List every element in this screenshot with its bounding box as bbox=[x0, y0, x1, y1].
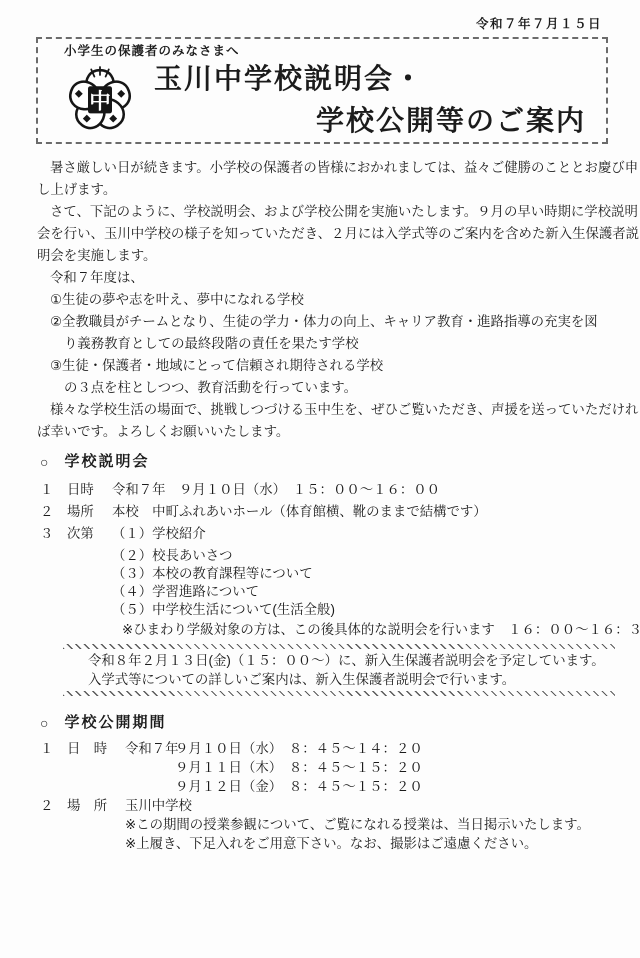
program-item: （４）学習進路について bbox=[37, 581, 603, 599]
open-day: ９月１２日（金） ８：４５～１５：２０ bbox=[175, 779, 423, 794]
row-datetime: １ 日 時 令和７年９月１０日（水） ８：４５～１４：２０ bbox=[37, 738, 603, 757]
section-heading-label: 学校説明会 bbox=[64, 451, 149, 473]
intro-line: し上げます。 bbox=[37, 179, 603, 201]
row-value: 本校 中町ふれあいホール（体育館横、靴のままで結構です） bbox=[112, 501, 487, 523]
row-program: ３ 次第 （１）学校紹介 bbox=[37, 523, 603, 545]
intro-list-item-continued: の３点を柱としつつ、教育活動を行っています。 bbox=[37, 377, 603, 399]
title-box: 小学生の保護者のみなさまへ 中 bbox=[36, 37, 608, 144]
notice-line: 令和８年２月１３日(金)（１５：００～）に、新入生保護者説明会を予定しています。 bbox=[88, 651, 615, 670]
open-day: ９月１０日（水） ８：４５～１４：２０ bbox=[175, 741, 423, 756]
intro-line: さて、下記のように、学校説明会、および学校公開を実施いたします。９月の早い時期に… bbox=[37, 201, 603, 223]
notice-line: 入学式等についての詳しいご案内は、新入生保護者説明会で行います。 bbox=[88, 670, 615, 689]
row-datetime: １ 日時 令和７年 ９月１０日（水） １５：００～１６：００ bbox=[37, 479, 603, 501]
row-datetime-continued: ９月１１日（木） ８：４５～１５：２０ bbox=[37, 757, 603, 776]
row-number: １ bbox=[40, 479, 67, 501]
section2-rows: １ 日 時 令和７年９月１０日（水） ８：４５～１４：２０ ９月１１日（木） ８… bbox=[37, 738, 603, 852]
intro-list-item: ③生徒・保護者・地域にとって信頼され期待される学校 bbox=[37, 355, 603, 377]
row-number: １ bbox=[40, 738, 67, 757]
intro-list-item-continued: り義務教育としての最終段階の責任を果たす学校 bbox=[37, 333, 603, 355]
document-date: 令和７年７月１５日 bbox=[476, 14, 602, 32]
row-place: ２ 場 所 玉川中学校 bbox=[37, 795, 603, 814]
program-item-text: （２）校長あいさつ bbox=[112, 545, 233, 563]
intro-list-item: ②全教職員がチームとなり、生徒の学力・体力の向上、キャリア教育・進路指導の充実を… bbox=[37, 311, 603, 333]
program-item-text: （３）本校の教育課程等について bbox=[112, 563, 313, 581]
row-place: ２ 場所 本校 中町ふれあいホール（体育館横、靴のままで結構です） bbox=[37, 501, 603, 523]
row-number: ２ bbox=[40, 795, 67, 814]
row-label: 場 所 bbox=[67, 795, 125, 814]
remark-text: ※上履き、下足入れをご用意下さい。なお、撮影はご遠慮ください。 bbox=[125, 833, 537, 852]
school-notice-document: 令和７年７月１５日 小学生の保護者のみなさまへ bbox=[0, 0, 640, 958]
intro-line: 令和７年度は、 bbox=[37, 267, 603, 289]
row-label: 次第 bbox=[67, 523, 112, 545]
newcomer-notice-box: 令和８年２月１３日(金)（１５：００～）に、新入生保護者説明会を予定しています。… bbox=[63, 644, 615, 696]
remark-text: ※この期間の授業参観について、ご覧になれる授業は、当日掲示いたします。 bbox=[125, 814, 590, 833]
row-value: 令和７年 ９月１０日（水） １５：００～１６：００ bbox=[112, 479, 440, 501]
place-name: 玉川中学校 bbox=[125, 795, 192, 814]
row-label: 日時 bbox=[67, 479, 112, 501]
intro-line: ば幸いです。よろしくお願いいたします。 bbox=[37, 421, 603, 443]
row-datetime-continued: ９月１２日（金） ８：４５～１５：２０ bbox=[37, 776, 603, 795]
document-title-line2: 学校公開等のご案内 bbox=[316, 99, 586, 139]
emblem-center-character: 中 bbox=[89, 89, 111, 114]
section1-rows: １ 日時 令和７年 ９月１０日（水） １５：００～１６：００ ２ 場所 本校 中… bbox=[37, 479, 603, 639]
section-heading-setsumeikai: ○ 学校説明会 bbox=[37, 451, 603, 473]
himawari-note: ※ひまわり学級対象の方は、この後具体的な説明会を行います １６：００～１６：３０ bbox=[37, 619, 603, 639]
document-title-line1: 玉川中学校説明会・ bbox=[154, 57, 424, 97]
school-emblem-icon: 中 bbox=[60, 57, 140, 141]
remark-row: ※上履き、下足入れをご用意下さい。なお、撮影はご遠慮ください。 bbox=[37, 833, 603, 852]
program-item-text: （４）学習進路について bbox=[112, 581, 259, 599]
section-heading-label: 学校公開期間 bbox=[64, 712, 166, 734]
hatch-border-bottom bbox=[63, 691, 615, 696]
document-body: 暑さ厳しい日が続きます。小学校の保護者の皆様におかれましては、益々ご健勝のことと… bbox=[0, 157, 640, 852]
intro-line: 暑さ厳しい日が続きます。小学校の保護者の皆様におかれましては、益々ご健勝のことと… bbox=[37, 157, 603, 179]
remark-row: ※この期間の授業参観について、ご覧になれる授業は、当日掲示いたします。 bbox=[37, 814, 603, 833]
row-label: 場所 bbox=[67, 501, 112, 523]
intro-line: 様々な学校生活の場面で、挑戦しつづける玉中生を、ぜひご覧いただき、声援を送ってい… bbox=[37, 399, 603, 421]
program-item: （３）本校の教育課程等について bbox=[37, 563, 603, 581]
circle-marker-icon: ○ bbox=[40, 712, 50, 734]
row-label: 日 時 bbox=[67, 738, 125, 757]
intro-list-item: ①生徒の夢や志を叶え、夢中になれる学校 bbox=[37, 289, 603, 311]
row-value: （１）学校紹介 bbox=[112, 523, 206, 545]
program-item-text: （５）中学校生活について(生活全般) bbox=[112, 599, 335, 617]
program-item: （２）校長あいさつ bbox=[37, 545, 603, 563]
section-heading-koukai: ○ 学校公開期間 bbox=[37, 712, 603, 734]
circle-marker-icon: ○ bbox=[40, 451, 50, 473]
program-item: （５）中学校生活について(生活全般) bbox=[37, 599, 603, 617]
open-day: ９月１１日（木） ８：４５～１５：２０ bbox=[175, 760, 423, 775]
intro-line: 明会を実施します。 bbox=[37, 245, 603, 267]
intro-line: 会を行い、玉川中学校の様子を知っていただき、２月には入学式等のご案内を含めた新入… bbox=[37, 223, 603, 245]
row-number: ３ bbox=[40, 523, 67, 545]
row-number: ２ bbox=[40, 501, 67, 523]
